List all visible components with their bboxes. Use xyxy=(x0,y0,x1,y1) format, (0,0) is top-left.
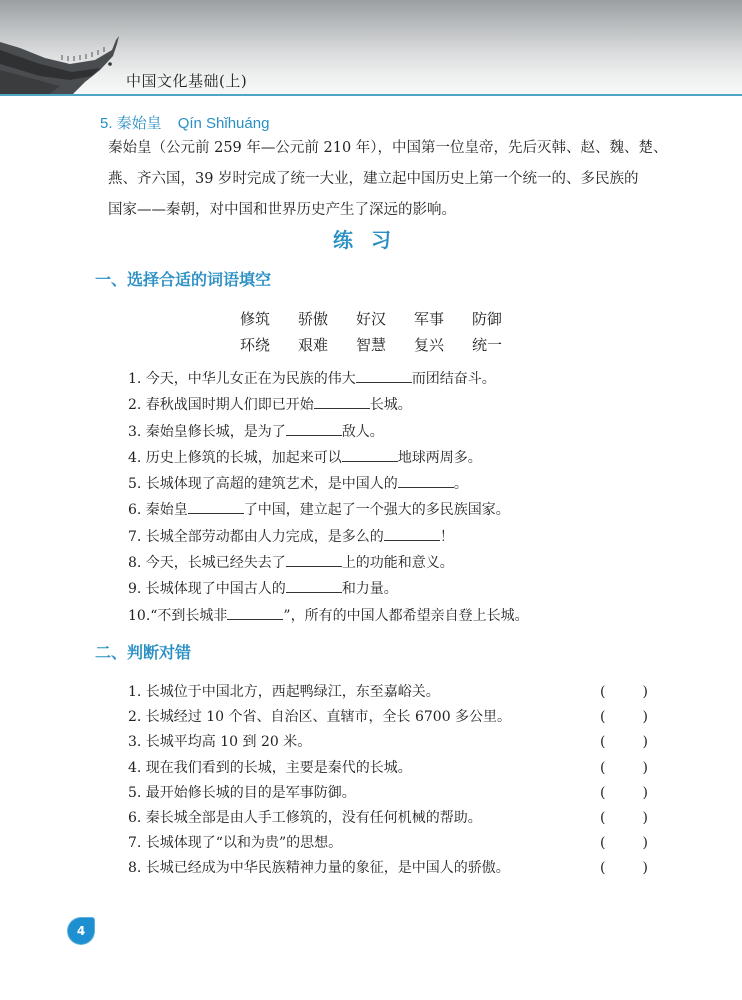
answer-blank[interactable] xyxy=(188,499,244,514)
true-false-item: 5. 最开始修长城的目的是军事防御。() xyxy=(128,781,648,806)
fill-in-item: 7. 长城全部劳动都由人力完成，是多么的！ xyxy=(128,524,529,550)
item-text: ！ xyxy=(440,529,454,545)
paren-close: ) xyxy=(643,806,648,831)
item-text: 了中国，建立起了一个强大的多民族国家。 xyxy=(244,502,510,518)
fill-in-item: 4. 历史上修筑的长城，加起来可以地球两周多。 xyxy=(128,445,529,471)
answer-blank[interactable] xyxy=(286,552,342,567)
fill-in-item: 8. 今天，长城已经失去了上的功能和意义。 xyxy=(128,550,529,576)
header-divider xyxy=(0,94,742,96)
answer-blank[interactable] xyxy=(314,394,370,409)
item-text: 5. 最开始修长城的目的是军事防御。 xyxy=(128,785,356,801)
word-bank-row: 环绕 艰难 智慧 复兴 统一 xyxy=(240,332,530,358)
paren-close: ) xyxy=(643,705,648,730)
fill-in-list: 1. 今天，中华儿女正在为民族的伟大而团结奋斗。 2. 春秋战国时期人们即已开始… xyxy=(128,366,529,629)
answer-parentheses[interactable]: () xyxy=(600,705,648,730)
answer-parentheses[interactable]: () xyxy=(600,781,648,806)
item-text: 上的功能和意义。 xyxy=(342,555,454,571)
item-text: 3. 秦始皇修长城，是为了 xyxy=(128,424,286,440)
true-false-item: 7. 长城体现了“以和为贵”的思想。() xyxy=(128,831,648,856)
book-title: 中国文化基础(上) xyxy=(126,70,247,91)
paren-close: ) xyxy=(643,856,648,881)
fill-in-item: 3. 秦始皇修长城，是为了敌人。 xyxy=(128,419,529,445)
paren-open: ( xyxy=(600,856,605,881)
true-false-item: 2. 长城经过 10 个省、自治区、直辖市，全长 6700 多公里。() xyxy=(128,705,648,730)
section-2-title: 二、判断对错 xyxy=(95,640,191,663)
word: 修筑 xyxy=(240,306,298,332)
paren-close: ) xyxy=(643,680,648,705)
item-text: 2. 长城经过 10 个省、自治区、直辖市，全长 6700 多公里。 xyxy=(128,709,511,725)
paren-close: ) xyxy=(643,781,648,806)
paren-open: ( xyxy=(600,831,605,856)
item-text: 8. 长城已经成为中华民族精神力量的象征，是中国人的骄傲。 xyxy=(128,860,510,876)
true-false-item: 1. 长城位于中国北方，西起鸭绿江，东至嘉峪关。() xyxy=(128,680,648,705)
item-text: 6. 秦长城全部是由人手工修筑的，没有任何机械的帮助。 xyxy=(128,810,482,826)
paren-close: ) xyxy=(643,831,648,856)
item-text: 7. 长城全部劳动都由人力完成，是多么的 xyxy=(128,529,384,545)
answer-blank[interactable] xyxy=(286,578,342,593)
answer-parentheses[interactable]: () xyxy=(600,856,648,881)
word: 复兴 xyxy=(414,332,472,358)
item-text: 10.“不到长城非 xyxy=(128,608,227,624)
item-text: 2. 春秋战国时期人们即已开始 xyxy=(128,397,314,413)
item-text: 6. 秦始皇 xyxy=(128,502,188,518)
paren-close: ) xyxy=(643,756,648,781)
paragraph-line: 国家——秦朝，对中国和世界历史产生了深远的影响。 xyxy=(108,195,688,226)
item-text: 敌人。 xyxy=(342,424,384,440)
word: 好汉 xyxy=(356,306,414,332)
entry-pinyin: Qín Shǐhuáng xyxy=(178,115,270,132)
word: 统一 xyxy=(472,332,530,358)
item-text: 4. 历史上修筑的长城，加起来可以 xyxy=(128,450,342,466)
answer-parentheses[interactable]: () xyxy=(600,730,648,755)
answer-parentheses[interactable]: () xyxy=(600,756,648,781)
answer-parentheses[interactable]: () xyxy=(600,831,648,856)
paren-open: ( xyxy=(600,806,605,831)
paren-open: ( xyxy=(600,680,605,705)
fill-in-item: 5. 长城体现了高超的建筑艺术，是中国人的。 xyxy=(128,471,529,497)
paragraph-line: 燕、齐六国，39 岁时完成了统一大业，建立起中国历史上第一个统一的、多民族的 xyxy=(108,164,688,195)
word-bank: 修筑 骄傲 好汉 军事 防御 环绕 艰难 智慧 复兴 统一 xyxy=(240,306,530,358)
section-1-title: 一、选择合适的词语填空 xyxy=(95,267,271,290)
paren-open: ( xyxy=(600,730,605,755)
fill-in-item: 10.“不到长城非”，所有的中国人都希望亲自登上长城。 xyxy=(128,603,529,629)
entry-title: 5. 秦始皇 xyxy=(100,115,162,132)
paren-open: ( xyxy=(600,781,605,806)
item-text: 而团结奋斗。 xyxy=(412,371,496,387)
true-false-list: 1. 长城位于中国北方，西起鸭绿江，东至嘉峪关。() 2. 长城经过 10 个省… xyxy=(128,680,648,882)
item-text: 和力量。 xyxy=(342,581,398,597)
answer-blank[interactable] xyxy=(286,421,342,436)
item-text: 地球两周多。 xyxy=(398,450,482,466)
word: 骄傲 xyxy=(298,306,356,332)
item-text: 1. 长城位于中国北方，西起鸭绿江，东至嘉峪关。 xyxy=(128,684,440,700)
true-false-item: 8. 长城已经成为中华民族精神力量的象征，是中国人的骄傲。() xyxy=(128,856,648,881)
item-text: 8. 今天，长城已经失去了 xyxy=(128,555,286,571)
paren-open: ( xyxy=(600,756,605,781)
word: 军事 xyxy=(414,306,472,332)
answer-blank[interactable] xyxy=(227,605,283,620)
entry-paragraph: 秦始皇（公元前 259 年—公元前 210 年），中国第一位皇帝，先后灭韩、赵、… xyxy=(108,133,688,226)
item-text: 3. 长城平均高 10 到 20 米。 xyxy=(128,734,311,750)
paragraph-line: 秦始皇（公元前 259 年—公元前 210 年），中国第一位皇帝，先后灭韩、赵、… xyxy=(108,133,688,164)
entry-heading: 5. 秦始皇Qín Shǐhuáng xyxy=(100,112,269,133)
paren-close: ) xyxy=(643,730,648,755)
palace-roof-image xyxy=(0,30,125,95)
word: 环绕 xyxy=(240,332,298,358)
page-number-badge: 4 xyxy=(68,918,94,944)
fill-in-item: 9. 长城体现了中国古人的和力量。 xyxy=(128,576,529,602)
page-header: 中国文化基础(上) xyxy=(0,0,742,95)
answer-blank[interactable] xyxy=(398,473,454,488)
true-false-item: 4. 现在我们看到的长城，主要是秦代的长城。() xyxy=(128,756,648,781)
fill-in-item: 6. 秦始皇了中国，建立起了一个强大的多民族国家。 xyxy=(128,497,529,523)
item-text: ”，所有的中国人都希望亲自登上长城。 xyxy=(283,608,528,624)
item-text: 5. 长城体现了高超的建筑艺术，是中国人的 xyxy=(128,476,398,492)
word: 艰难 xyxy=(298,332,356,358)
word-bank-row: 修筑 骄傲 好汉 军事 防御 xyxy=(240,306,530,332)
answer-blank[interactable] xyxy=(356,368,412,383)
answer-parentheses[interactable]: () xyxy=(600,680,648,705)
exercise-title: 练习 xyxy=(0,224,742,253)
item-text: 4. 现在我们看到的长城，主要是秦代的长城。 xyxy=(128,760,412,776)
fill-in-item: 1. 今天，中华儿女正在为民族的伟大而团结奋斗。 xyxy=(128,366,529,392)
item-text: 1. 今天，中华儿女正在为民族的伟大 xyxy=(128,371,356,387)
answer-parentheses[interactable]: () xyxy=(600,806,648,831)
word: 智慧 xyxy=(356,332,414,358)
answer-blank[interactable] xyxy=(384,526,440,541)
true-false-item: 6. 秦长城全部是由人手工修筑的，没有任何机械的帮助。() xyxy=(128,806,648,831)
item-text: 9. 长城体现了中国古人的 xyxy=(128,581,286,597)
item-text: 长城。 xyxy=(370,397,412,413)
answer-blank[interactable] xyxy=(342,447,398,462)
item-text: 。 xyxy=(454,476,468,492)
word: 防御 xyxy=(472,306,530,332)
fill-in-item: 2. 春秋战国时期人们即已开始长城。 xyxy=(128,392,529,418)
paren-open: ( xyxy=(600,705,605,730)
true-false-item: 3. 长城平均高 10 到 20 米。() xyxy=(128,730,648,755)
item-text: 7. 长城体现了“以和为贵”的思想。 xyxy=(128,835,342,851)
